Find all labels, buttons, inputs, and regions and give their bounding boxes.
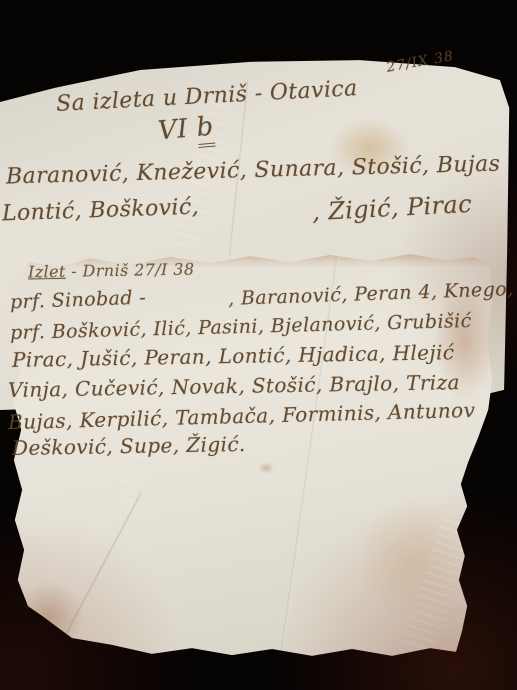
class-letter: b bbox=[195, 112, 215, 148]
bottom-note-line-6: Dešković, Supe, Žigić. bbox=[12, 434, 246, 458]
bottom-note-header: Izlet - Drniš 27/I 38 bbox=[28, 262, 195, 281]
header-rest: - Drniš 27/I 38 bbox=[66, 260, 195, 281]
photo-of-handwritten-notes: Sa izleta u Drniš - Otavica 27/IX 38 VI … bbox=[0, 0, 517, 690]
header-word: Izlet bbox=[28, 262, 66, 282]
paper-crease bbox=[56, 492, 142, 652]
class-prefix: VI bbox=[157, 114, 189, 146]
bottom-note-line-1a: prf. Sinobad - bbox=[10, 289, 147, 313]
top-note-class-label: VI b bbox=[157, 114, 215, 145]
foxing-spot bbox=[258, 462, 274, 474]
